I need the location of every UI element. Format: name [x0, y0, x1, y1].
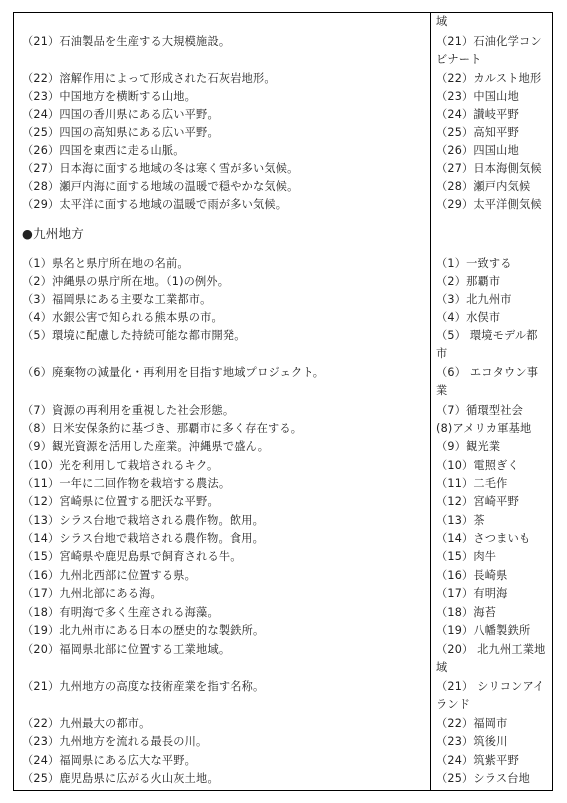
answer-k6-cont: 業 — [436, 382, 447, 400]
answer-26: （26）四国山地 — [436, 142, 519, 160]
question-k15: （15）宮崎県や鹿児島県で飼育される牛。 — [22, 548, 242, 566]
answer-22: （22）カルスト地形 — [436, 70, 541, 88]
section-heading-kyushu: ●九州地方 — [22, 225, 84, 243]
answer-k4: （4）水俣市 — [436, 309, 500, 327]
answer-k12: （12）宮崎平野 — [436, 493, 519, 511]
question-21: （21）石油製品を生産する大規模施設。 — [22, 33, 230, 51]
answer-29: （29）太平洋側気候 — [436, 196, 542, 214]
answer-k3: （3）北九州市 — [436, 291, 512, 309]
question-k4: （4）水銀公害で知られる熊本県の市。 — [22, 309, 223, 327]
answer-23: （23）中国山地 — [436, 88, 519, 106]
answer-k15: （15）肉牛 — [436, 548, 496, 566]
answer-k17: （17）有明海 — [436, 585, 508, 603]
question-28: （28）瀬戸内海に面する地域の温暖で穏やかな気候。 — [22, 178, 299, 196]
question-k6: （6）廃棄物の減量化・再利用を目指す地域プロジェクト。 — [22, 364, 324, 382]
question-k8: （8）日米安保条約に基づき、那覇市に多く存在する。 — [22, 420, 302, 438]
question-k1: （1）県名と県庁所在地の名前。 — [22, 255, 189, 273]
question-k14: （14）シラス台地で栽培される農作物。食用。 — [22, 530, 264, 548]
answer-27: （27）日本海側気候 — [436, 160, 542, 178]
answer-21-cont: ビナート — [436, 51, 482, 69]
column-divider — [430, 13, 431, 790]
question-24: （24）四国の香川県にある広い平野。 — [22, 106, 219, 124]
answer-k9: （9）観光業 — [436, 438, 500, 456]
answer-24: （24）讃岐平野 — [436, 106, 519, 124]
question-k11: （11）一年に二回作物を栽培する農法。 — [22, 475, 230, 493]
question-29: （29）太平洋に面する地域の温暖で雨が多い気候。 — [22, 196, 287, 214]
question-k22: （22）九州最大の都市。 — [22, 715, 151, 733]
question-k21: （21）九州地方の高度な技術産業を指す名称。 — [22, 678, 264, 696]
question-k3: （3）福岡県にある主要な工業都市。 — [22, 291, 212, 309]
question-k25: （25）鹿児島県に広がる火山灰土地。 — [22, 770, 219, 788]
answer-k14: （14）さつまいも — [436, 530, 530, 548]
question-k20: （20）福岡県北部に位置する工業地域。 — [22, 641, 230, 659]
answer-k8: (8)アメリカ軍基地 — [436, 420, 531, 438]
answer-k19: （19）八幡製鉄所 — [436, 622, 530, 640]
question-k23: （23）九州地方を流れる最長の川。 — [22, 733, 207, 751]
question-k13: （13）シラス台地で栽培される農作物。飲用。 — [22, 512, 264, 530]
question-k19: （19）北九州市にある日本の歴史的な製鉄所。 — [22, 622, 264, 640]
answer-k24: （24）筑紫平野 — [436, 752, 519, 770]
answer-k5: （5） 環境モデル都 — [436, 327, 538, 345]
question-23: （23）中国地方を横断する山地。 — [22, 88, 196, 106]
answer-k23: （23）筑後川 — [436, 733, 508, 751]
question-k12: （12）宮崎県に位置する肥沃な平野。 — [22, 493, 219, 511]
answer-25: （25）高知平野 — [436, 124, 519, 142]
question-26: （26）四国を東西に走る山脈。 — [22, 142, 185, 160]
question-k16: （16）九州北西部に位置する県。 — [22, 567, 196, 585]
question-k9: （9）観光資源を活用した産業。沖縄県で盛ん。 — [22, 438, 269, 456]
question-k18: （18）有明海で多く生産される海藻。 — [22, 604, 219, 622]
question-27: （27）日本海に面する地域の冬は寒く雪が多い気候。 — [22, 160, 299, 178]
answer-28: （28）瀬戸内気候 — [436, 178, 530, 196]
question-22: （22）溶解作用によって形成された石灰岩地形。 — [22, 70, 276, 88]
answer-k16: （16）長崎県 — [436, 567, 508, 585]
question-25: （25）四国の高知県にある広い平野。 — [22, 124, 219, 142]
question-answer-table: 域 （21）石油製品を生産する大規模施設。 （21）石油化学コン ビナート （2… — [13, 12, 553, 791]
answer-k10: （10）電照ぎく — [436, 457, 519, 475]
answer-k20: （20） 北九州工業地 — [436, 641, 546, 659]
answer-k2: （2）那覇市 — [436, 273, 500, 291]
answer-k20-cont: 域 — [436, 659, 447, 677]
answer-k13: （13）茶 — [436, 512, 485, 530]
answer-k7: （7）循環型社会 — [436, 402, 523, 420]
answer-continuation: 域 — [436, 13, 447, 31]
question-k24: （24）福岡県にある広大な平野。 — [22, 752, 196, 770]
answer-k5-cont: 市 — [436, 345, 447, 363]
answer-k21-cont: ランド — [436, 696, 470, 714]
answer-k22: （22）福岡市 — [436, 715, 508, 733]
question-k10: （10）光を利用して栽培されるキク。 — [22, 457, 218, 475]
question-k5: （5）環境に配慮した持続可能な都市開発。 — [22, 327, 246, 345]
answer-k25: （25）シラス台地 — [436, 770, 530, 788]
question-k2: （2）沖縄県の県庁所在地。（1)の例外。 — [22, 273, 229, 291]
answer-k6: （6） エコタウン事 — [436, 364, 538, 382]
question-k7: （7）資源の再利用を重視した社会形態。 — [22, 402, 234, 420]
question-k17: （17）九州北部にある海。 — [22, 585, 162, 603]
answer-k1: （1）一致する — [436, 255, 512, 273]
answer-k18: （18）海苔 — [436, 604, 496, 622]
answer-k21: （21） シリコンアイ — [436, 678, 544, 696]
answer-21: （21）石油化学コン — [436, 33, 542, 51]
answer-k11: （11）二毛作 — [436, 475, 508, 493]
